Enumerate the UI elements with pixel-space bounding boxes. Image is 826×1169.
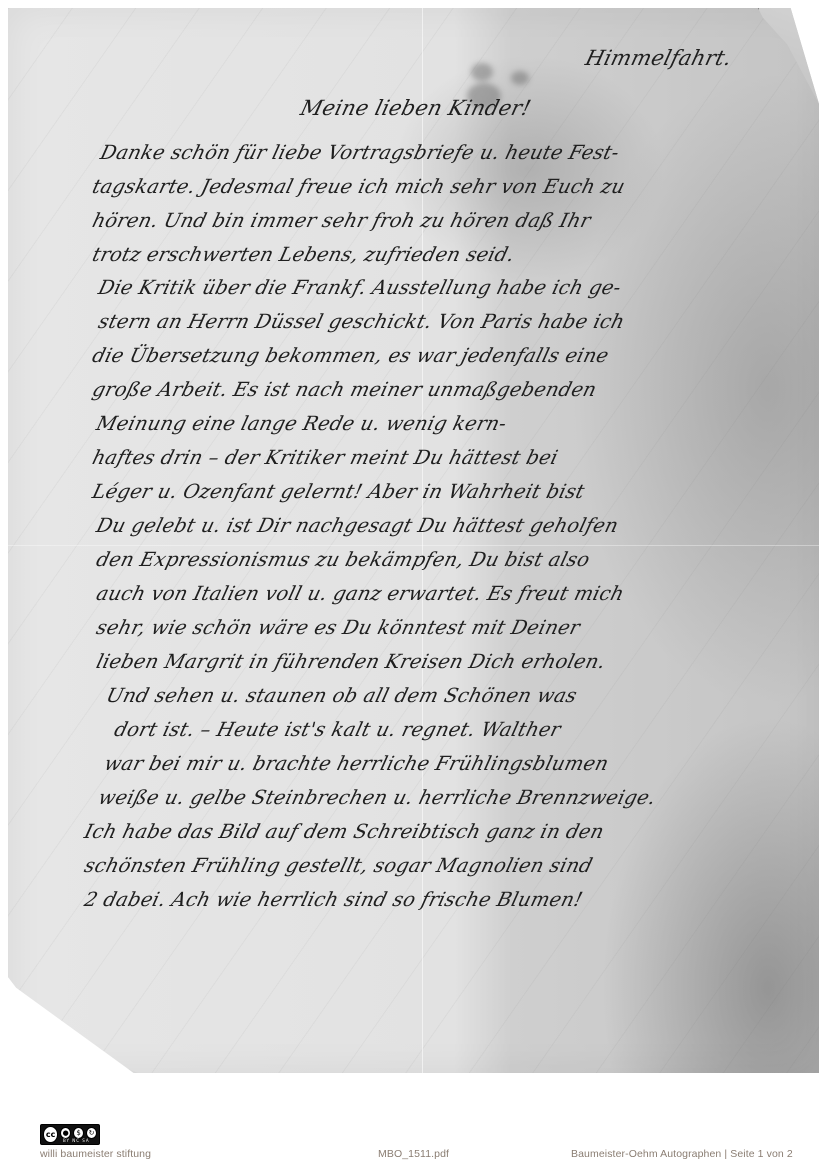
- page-footer: cc ● $ ↻ BY NC SA willi baumeister stift…: [0, 1122, 826, 1169]
- letter-line: den Expressionismus zu bekämpfen, Du bis…: [94, 548, 592, 571]
- letter-line: weiße u. gelbe Steinbrechen u. herrliche…: [96, 786, 658, 809]
- letter-scan: Himmelfahrt. Meine lieben Kinder! Danke …: [8, 8, 819, 1073]
- letter-line: haftes drin – der Kritiker meint Du hätt…: [90, 446, 560, 469]
- letter-line: war bei mir u. brachte herrliche Frühlin…: [102, 752, 611, 775]
- letter-line: Und sehen u. staunen ob all dem Schönen …: [104, 684, 579, 707]
- license-terms: BY NC SA: [63, 1138, 90, 1143]
- letter-text: Himmelfahrt. Meine lieben Kinder! Danke …: [8, 8, 819, 1073]
- file-name: MBO_1511.pdf: [378, 1148, 449, 1160]
- letter-line: lieben Margrit in führenden Kreisen Dich…: [94, 650, 608, 673]
- letter-line: große Arbeit. Es ist nach meiner unmaßge…: [90, 378, 599, 401]
- letter-line: Meinung eine lange Rede u. wenig kern-: [94, 412, 509, 435]
- letter-line: schönsten Frühling gestellt, sogar Magno…: [82, 854, 595, 877]
- salutation: Meine lieben Kinder!: [298, 96, 533, 120]
- letter-line: hören. Und bin immer sehr froh zu hören …: [90, 209, 593, 232]
- letter-line: tagskarte. Jedesmal freue ich mich sehr …: [90, 175, 628, 198]
- letter-line: Danke schön für liebe Vortragsbriefe u. …: [98, 141, 622, 164]
- collection-page-indicator: Baumeister-Oehm Autographen | Seite 1 vo…: [571, 1148, 793, 1160]
- fold-edge-line: [805, 13, 826, 51]
- letter-line: Du gelebt u. ist Dir nachgesagt Du hätte…: [94, 514, 621, 537]
- place-date-heading: Himmelfahrt.: [583, 46, 734, 70]
- cc-by-nc-sa-icon: cc ● $ ↻ BY NC SA: [40, 1124, 100, 1145]
- letter-line: 2 dabei. Ach wie herrlich sind so frisch…: [82, 888, 585, 911]
- letter-line: stern an Herrn Düssel geschickt. Von Par…: [96, 310, 627, 333]
- cc-icon: cc: [43, 1126, 58, 1143]
- letter-line: sehr, wie schön wäre es Du könntest mit …: [94, 616, 582, 639]
- letter-line: auch von Italien voll u. ganz erwartet. …: [94, 582, 627, 605]
- letter-line: trotz erschwerten Lebens, zufrieden seid…: [90, 243, 517, 266]
- letter-line: Die Kritik über die Frankf. Ausstellung …: [96, 276, 624, 299]
- organization-name: willi baumeister stiftung: [40, 1148, 151, 1160]
- letter-line: Ich habe das Bild auf dem Schreibtisch g…: [82, 820, 607, 843]
- letter-line: die Übersetzung bekommen, es war jedenfa…: [90, 344, 611, 367]
- letter-line: dort ist. – Heute ist's kalt u. regnet. …: [112, 718, 563, 741]
- letter-line: Léger u. Ozenfant gelernt! Aber in Wahrh…: [90, 480, 587, 503]
